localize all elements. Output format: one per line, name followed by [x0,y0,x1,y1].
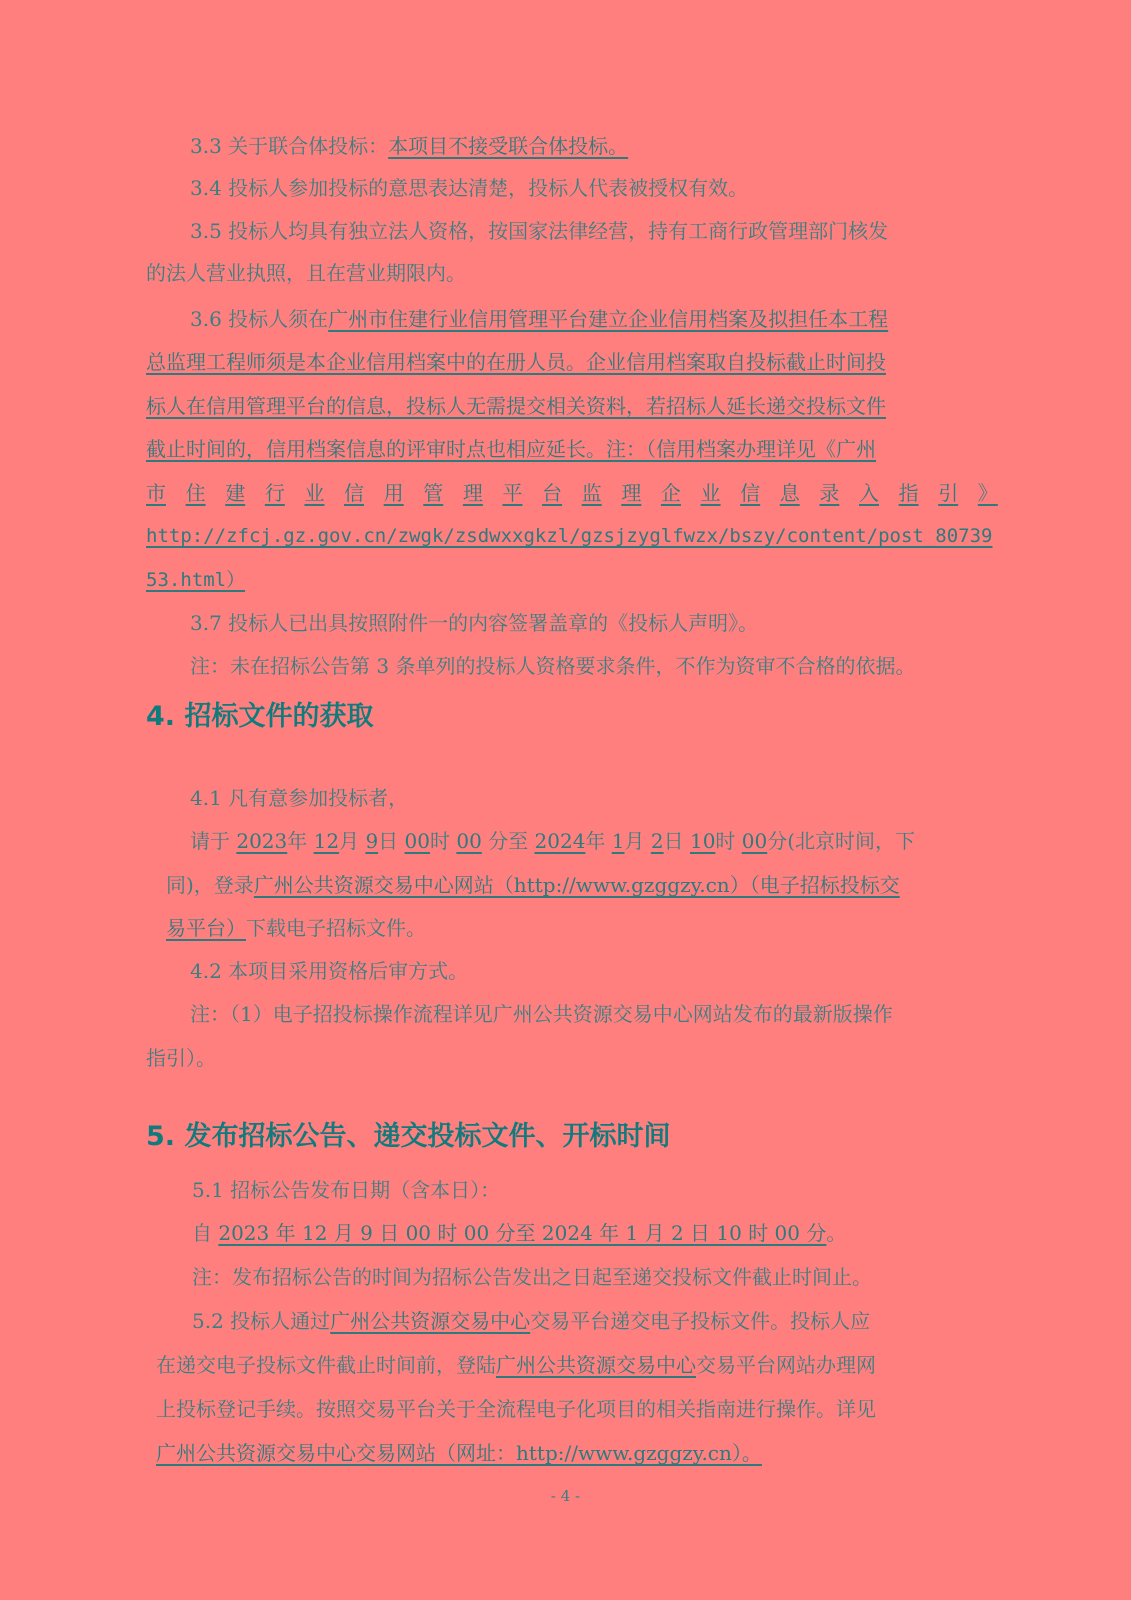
date-prefix: 自 [192,1221,218,1245]
item-3-6-line1: 3.6 投标人须在广州市住建行业信用管理平台建立企业信用档案及拟担任本工程 [190,306,888,332]
month-label: 月 [339,829,365,853]
guide-char: 》 [978,480,998,506]
login-prefix: 同)，登录 [166,873,254,897]
schedule-tail: 分(北京时间，下 [767,829,915,853]
item-3-6-prefix: 3.6 投标人须在 [190,307,328,331]
item-3-4: 3.4 投标人参加投标的意思表达清楚，投标人代表被授权有效。 [190,175,748,201]
item-5-2-line2-suffix: 交易平台网站办理网 [696,1353,876,1377]
guide-char: 业 [701,480,721,506]
publish-period: 2023 年 12 月 9 日 00 时 00 分至 2024 年 1 月 2 … [218,1221,826,1245]
guide-char: 行 [265,480,285,506]
to-label: 分至 [482,829,535,853]
section4-heading: 4. 招标文件的获取 [146,700,373,734]
guide-char: 息 [780,480,800,506]
year-label: 年 [585,829,611,853]
end-year: 2024 [535,829,586,853]
guide-char: 信 [740,480,760,506]
guide-char: 入 [859,480,879,506]
day-label: 日 [664,829,690,853]
gzggzy-center-link-2[interactable]: 广州公共资源交易中心 [496,1353,696,1377]
item-4-2: 4.2 本项目采用资格后审方式。 [190,958,468,984]
item-5-2-suffix: 交易平台递交电子投标文件。投标人应 [530,1309,870,1333]
guide-url-line2[interactable]: 53.html） [146,567,245,593]
item-5-2-line2: 在递交电子投标文件截止时间前，登陆广州公共资源交易中心交易平台网站办理网 [156,1352,876,1378]
download-text: 下载电子招标文件。 [246,916,426,940]
end-day: 2 [651,829,664,853]
gzggzy-website-link[interactable]: 广州公共资源交易中心网站（http://www.gzggzy.cn）（电子招标投… [254,873,900,897]
item-5-2-prefix: 5.2 投标人通过 [192,1309,330,1333]
item-5-2-line3: 上投标登记手续。按照交易平台关于全流程电子化项目的相关指南进行操作。详见 [156,1396,876,1422]
item-3-3-prefix: 3.3 关于联合体投标： [190,134,388,158]
item-3-3: 3.3 关于联合体投标：本项目不接受联合体投标。 [190,133,628,159]
guide-char: 台 [542,480,562,506]
start-year: 2023 [236,829,287,853]
guide-char: 信 [344,480,364,506]
guide-char: 市 [146,480,166,506]
guide-char: 管 [423,480,443,506]
section4-note-line1: 注：（1）电子招投标操作流程详见广州公共资源交易中心网站发布的最新版操作 [190,1001,893,1027]
item-4-1-schedule: 请于 2023年 12月 9日 00时 00 分至 2024年 1月 2日 10… [190,828,915,854]
guide-char: 理 [621,480,641,506]
hour-label: 时 [430,829,456,853]
item-5-1-date: 自 2023 年 12 月 9 日 00 时 00 分至 2024 年 1 月 … [192,1220,846,1246]
item-3-5-line2: 的法人营业执照，且在营业期限内。 [146,260,466,286]
guide-char: 指 [899,480,919,506]
guide-char: 理 [463,480,483,506]
guide-url-line1[interactable]: http://zfcj.gz.gov.cn/zwgk/zsdwxxgkzl/gz… [146,523,992,549]
section3-note: 注：未在招标公告第 3 条单列的投标人资格要求条件，不作为资审不合格的依据。 [190,653,915,679]
schedule-lead: 请于 [190,829,236,853]
guide-char: 住 [186,480,206,506]
item-3-3-underlined: 本项目不接受联合体投标。 [388,134,628,158]
gzggzy-trading-website-link[interactable]: 广州公共资源交易中心交易网站（网址：http://www.gzggzy.cn）。 [156,1441,762,1465]
item-3-7: 3.7 投标人已出具按照附件一的内容签署盖章的《投标人声明》。 [190,610,758,636]
item-5-2-line1: 5.2 投标人通过广州公共资源交易中心交易平台递交电子投标文件。投标人应 [192,1308,870,1334]
item-5-2-line2-prefix: 在递交电子投标文件截止时间前，登陆 [156,1353,496,1377]
guide-title-line: 市 住 建 行 业 信 用 管 理 平 台 监 理 企 业 信 息 录 入 指 … [146,480,998,506]
year-label: 年 [287,829,313,853]
guide-char: 监 [582,480,602,506]
item-5-1: 5.1 招标公告发布日期（含本日）： [192,1177,500,1203]
section4-note-line2: 指引）。 [146,1045,216,1071]
start-hour: 00 [405,829,430,853]
guide-char: 录 [819,480,839,506]
start-day: 9 [365,829,378,853]
guide-char: 用 [384,480,404,506]
month-label: 月 [625,829,651,853]
start-minute: 00 [456,829,481,853]
section5-note: 注：发布招标公告的时间为招标公告发出之日起至递交投标文件截止时间止。 [192,1264,872,1290]
item-4-1: 4.1 凡有意参加投标者， [190,785,408,811]
start-month: 12 [314,829,339,853]
item-3-5-line1: 3.5 投标人均具有独立法人资格，按国家法律经营，持有工商行政管理部门核发 [190,218,888,244]
end-month: 1 [612,829,625,853]
end-minute: 00 [742,829,767,853]
credit-platform-requirement: 广州市住建行业信用管理平台建立企业信用档案及拟担任本工程 [328,307,888,331]
item-4-1-line4: 易平台）下载电子招标文件。 [166,915,426,941]
guide-char: 建 [225,480,245,506]
end-hour: 10 [690,829,715,853]
guide-char: 平 [502,480,522,506]
gzggzy-center-link[interactable]: 广州公共资源交易中心 [330,1309,530,1333]
item-4-1-line3: 同)，登录广州公共资源交易中心网站（http://www.gzggzy.cn）（… [166,872,900,898]
guide-char: 业 [304,480,324,506]
day-label: 日 [378,829,404,853]
page-number: - 4 - [0,1487,1131,1505]
item-3-6-line4: 截止时间的，信用档案信息的评审时点也相应延长。注：（信用档案办理详见《广州 [146,436,876,462]
guide-url-link-end[interactable]: 53.html） [146,569,245,591]
guide-char: 企 [661,480,681,506]
trading-platform-link[interactable]: 易平台） [166,916,246,940]
section5-heading: 5. 发布招标公告、递交投标文件、开标时间 [146,1120,670,1154]
item-3-6-line4-text: 截止时间的，信用档案信息的评审时点也相应延长。注：（信用档案办理详见《广州 [146,437,876,461]
item-3-6-line2: 总监理工程师须是本企业信用档案中的在册人员。企业信用档案取自投标截止时间投 [146,349,886,375]
date-suffix: 。 [826,1221,846,1245]
guide-char: 引 [938,480,958,506]
item-5-2-line4: 广州公共资源交易中心交易网站（网址：http://www.gzggzy.cn）。 [156,1440,762,1466]
guide-url-link[interactable]: http://zfcj.gz.gov.cn/zwgk/zsdwxxgkzl/gz… [146,525,992,547]
item-3-6-line2-text: 总监理工程师须是本企业信用档案中的在册人员。企业信用档案取自投标截止时间投 [146,350,886,374]
item-3-6-line3-text: 标人在信用管理平台的信息，投标人无需提交相关资料，若招标人延长递交投标文件 [146,394,886,418]
item-3-6-line3: 标人在信用管理平台的信息，投标人无需提交相关资料，若招标人延长递交投标文件 [146,393,886,419]
hour-label: 时 [715,829,741,853]
